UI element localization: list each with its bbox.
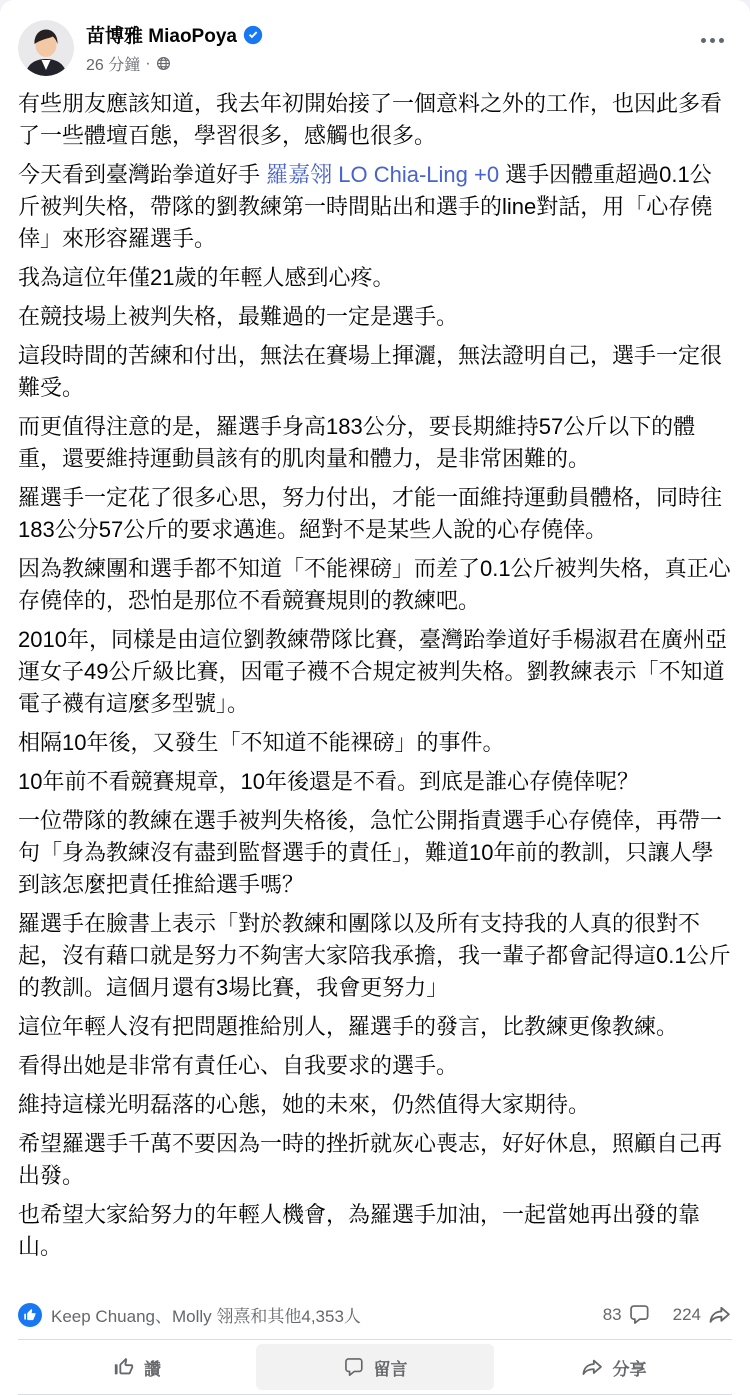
comment-bubble-icon (343, 1356, 365, 1378)
comment-button-label: 留言 (374, 1355, 408, 1380)
post-paragraph: 這位年輕人沒有把問題推給別人，羅選手的發言，比教練更像教練。 (18, 1011, 732, 1043)
avatar-photo (18, 20, 74, 76)
tagged-profile-link[interactable]: 羅嘉翎 LO Chia-Ling +0 (266, 162, 499, 187)
action-bar: 讚 留言 分享 (0, 1340, 750, 1394)
like-reaction-icon[interactable] (18, 1303, 42, 1327)
comment-bubble-icon (628, 1303, 651, 1326)
header-meta: 苗博雅 MiaoPoya 26 分鐘 · (86, 21, 263, 75)
post-paragraph: 維持這樣光明磊落的心態，她的未來，仍然值得大家期待。 (18, 1089, 732, 1121)
ellipsis-dot (701, 38, 706, 43)
globe-privacy-icon (156, 56, 171, 71)
post-paragraph: 羅選手在臉書上表示「對於教練和團隊以及所有支持我的人真的很對不起，沒有藉口就是努… (18, 908, 732, 1004)
avatar[interactable] (18, 20, 74, 76)
post-text: 有些朋友應該知道，我去年初開始接了一個意料之外的工作，也因此多看了一些體壇百態，… (0, 84, 750, 1282)
share-arrow-icon (580, 1355, 604, 1379)
paragraph-text: 今天看到臺灣跆拳道好手 (18, 162, 266, 187)
share-count[interactable]: 224 (673, 1305, 701, 1325)
post-paragraph: 我為這位年僅21歲的年輕人感到心疼。 (18, 262, 732, 294)
post-paragraph: 羅選手一定花了很多心思，努力付出，才能一面維持運動員體格，同時往183公分57公… (18, 482, 732, 546)
verified-badge-icon (243, 25, 263, 45)
post-options-button[interactable] (695, 32, 730, 49)
post-paragraph: 一位帶隊的教練在選手被判失格後，急忙公開指責選手心存僥倖，再帶一句「身為教練沒有… (18, 805, 732, 901)
post-header: 苗博雅 MiaoPoya 26 分鐘 · (0, 0, 750, 84)
post-paragraph: 10年前不看競賽規章，10年後還是不看。到底是誰心存僥倖呢？ (18, 766, 732, 798)
thumbs-up-icon (113, 1356, 135, 1378)
comment-count[interactable]: 83 (603, 1305, 622, 1325)
timestamp-separator: · (145, 55, 150, 73)
like-button[interactable]: 讚 (18, 1344, 256, 1390)
share-button-label: 分享 (613, 1355, 647, 1380)
post-timestamp[interactable]: 26 分鐘 (86, 52, 140, 75)
share-arrow-icon (707, 1302, 732, 1327)
post-paragraph: 因為教練團和選手都不知道「不能裸磅」而差了0.1公斤被判失格，真正心存僥倖的，恐… (18, 553, 732, 617)
post-paragraph: 今天看到臺灣跆拳道好手 羅嘉翎 LO Chia-Ling +0 選手因體重超過0… (18, 159, 732, 255)
post-paragraph: 有些朋友應該知道，我去年初開始接了一個意料之外的工作，也因此多看了一些體壇百態，… (18, 88, 732, 152)
post-paragraph: 希望羅選手千萬不要因為一時的挫折就灰心喪志，好好休息，照顧自己再出發。 (18, 1128, 732, 1192)
post-paragraph: 在競技場上被判失格，最難過的一定是選手。 (18, 301, 732, 333)
post-paragraph: 相隔10年後，又發生「不知道不能裸磅」的事件。 (18, 727, 732, 759)
post-paragraph: 而更值得注意的是，羅選手身高183公分，要長期維持57公斤以下的體重，還要維持運… (18, 411, 732, 475)
profile-name[interactable]: 苗博雅 MiaoPoya (86, 21, 237, 48)
comment-button[interactable]: 留言 (256, 1344, 494, 1390)
post-paragraph: 這段時間的苦練和付出，無法在賽場上揮灑，無法證明自己，選手一定很難受。 (18, 340, 732, 404)
post-paragraph: 也希望大家給努力的年輕人機會，為羅選手加油，一起當她再出發的靠山。 (18, 1199, 732, 1263)
post-paragraph: 2010年，同樣是由這位劉教練帶隊比賽，臺灣跆拳道好手楊淑君在廣州亞運女子49公… (18, 624, 732, 720)
post-paragraph: 看得出她是非常有責任心、自我要求的選手。 (18, 1050, 732, 1082)
facebook-post-card: 苗博雅 MiaoPoya 26 分鐘 · (0, 0, 750, 1395)
share-button[interactable]: 分享 (494, 1344, 732, 1390)
ellipsis-dot (719, 38, 724, 43)
ellipsis-dot (710, 38, 715, 43)
liked-by-text[interactable]: Keep Chuang、Molly 翎熹和其他4,353人 (51, 1302, 361, 1327)
engagement-summary: Keep Chuang、Molly 翎熹和其他4,353人 83 224 (0, 1294, 750, 1339)
like-button-label: 讚 (144, 1355, 161, 1380)
